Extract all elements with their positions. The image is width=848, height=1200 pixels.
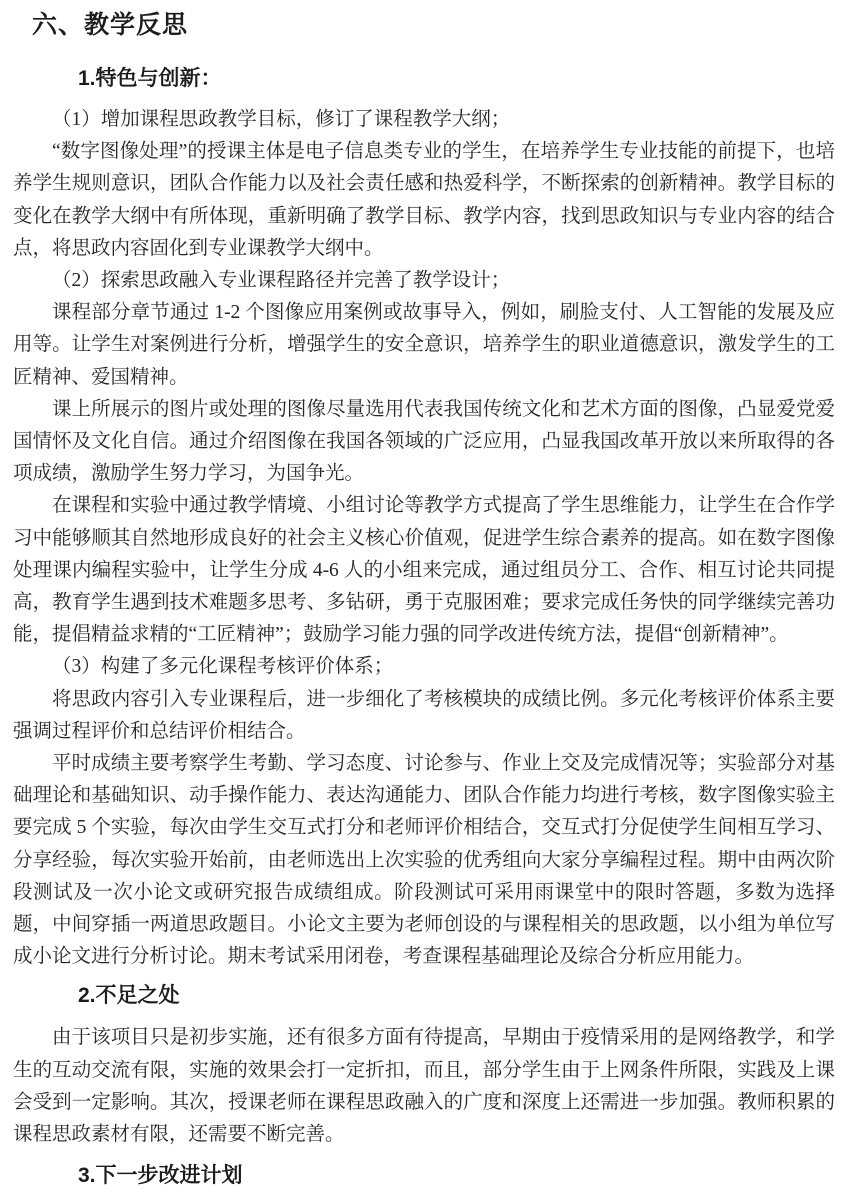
paragraph-goal-item-2: （2）探索思政融入专业课程路径并完善了教学设计； bbox=[13, 265, 835, 297]
paragraph-evaluation-system: 将思政内容引入专业课程后，进一步细化了考核模块的成绩比例。多元化考核评价体系主要… bbox=[13, 684, 835, 748]
paragraph-group-learning: 在课程和实验中通过教学情境、小组讨论等教学方式提高了学生思维能力，让学生在合作学… bbox=[13, 490, 835, 651]
document-page: 六、教学反思 1.特色与创新： （1）增加课程思政教学目标，修订了课程教学大纲；… bbox=[0, 8, 848, 1200]
section-heading-improvement-plan: 3.下一步改进计划 bbox=[78, 1161, 835, 1191]
paragraph-culture-images: 课上所展示的图片或处理的图像尽量选用代表我国传统文化和艺术方面的图像，凸显爱党爱… bbox=[13, 394, 835, 491]
document-title: 六、教学反思 bbox=[32, 8, 835, 44]
paragraph-case-import: 课程部分章节通过 1-2 个图像应用案例或故事导入，例如，刷脸支付、人工智能的发… bbox=[13, 297, 835, 394]
paragraph-course-audience: “数字图像处理”的授课主体是电子信息类专业的学生，在培养学生专业技能的前提下，也… bbox=[13, 136, 835, 265]
paragraph-grading-details: 平时成绩主要考察学生考勤、学习态度、讨论参与、作业上交及完成情况等；实验部分对基… bbox=[13, 748, 835, 973]
section-heading-features-innovation: 1.特色与创新： bbox=[78, 64, 835, 94]
paragraph-shortcomings: 由于该项目只是初步实施，还有很多方面有待提高，早期由于疫情采用的是网络教学，和学… bbox=[13, 1022, 835, 1151]
paragraph-goal-item-3: （3）构建了多元化课程考核评价体系； bbox=[13, 651, 835, 683]
paragraph-goal-item-1: （1）增加课程思政教学目标，修订了课程教学大纲； bbox=[13, 104, 835, 136]
section-heading-shortcomings: 2.不足之处 bbox=[78, 981, 835, 1011]
